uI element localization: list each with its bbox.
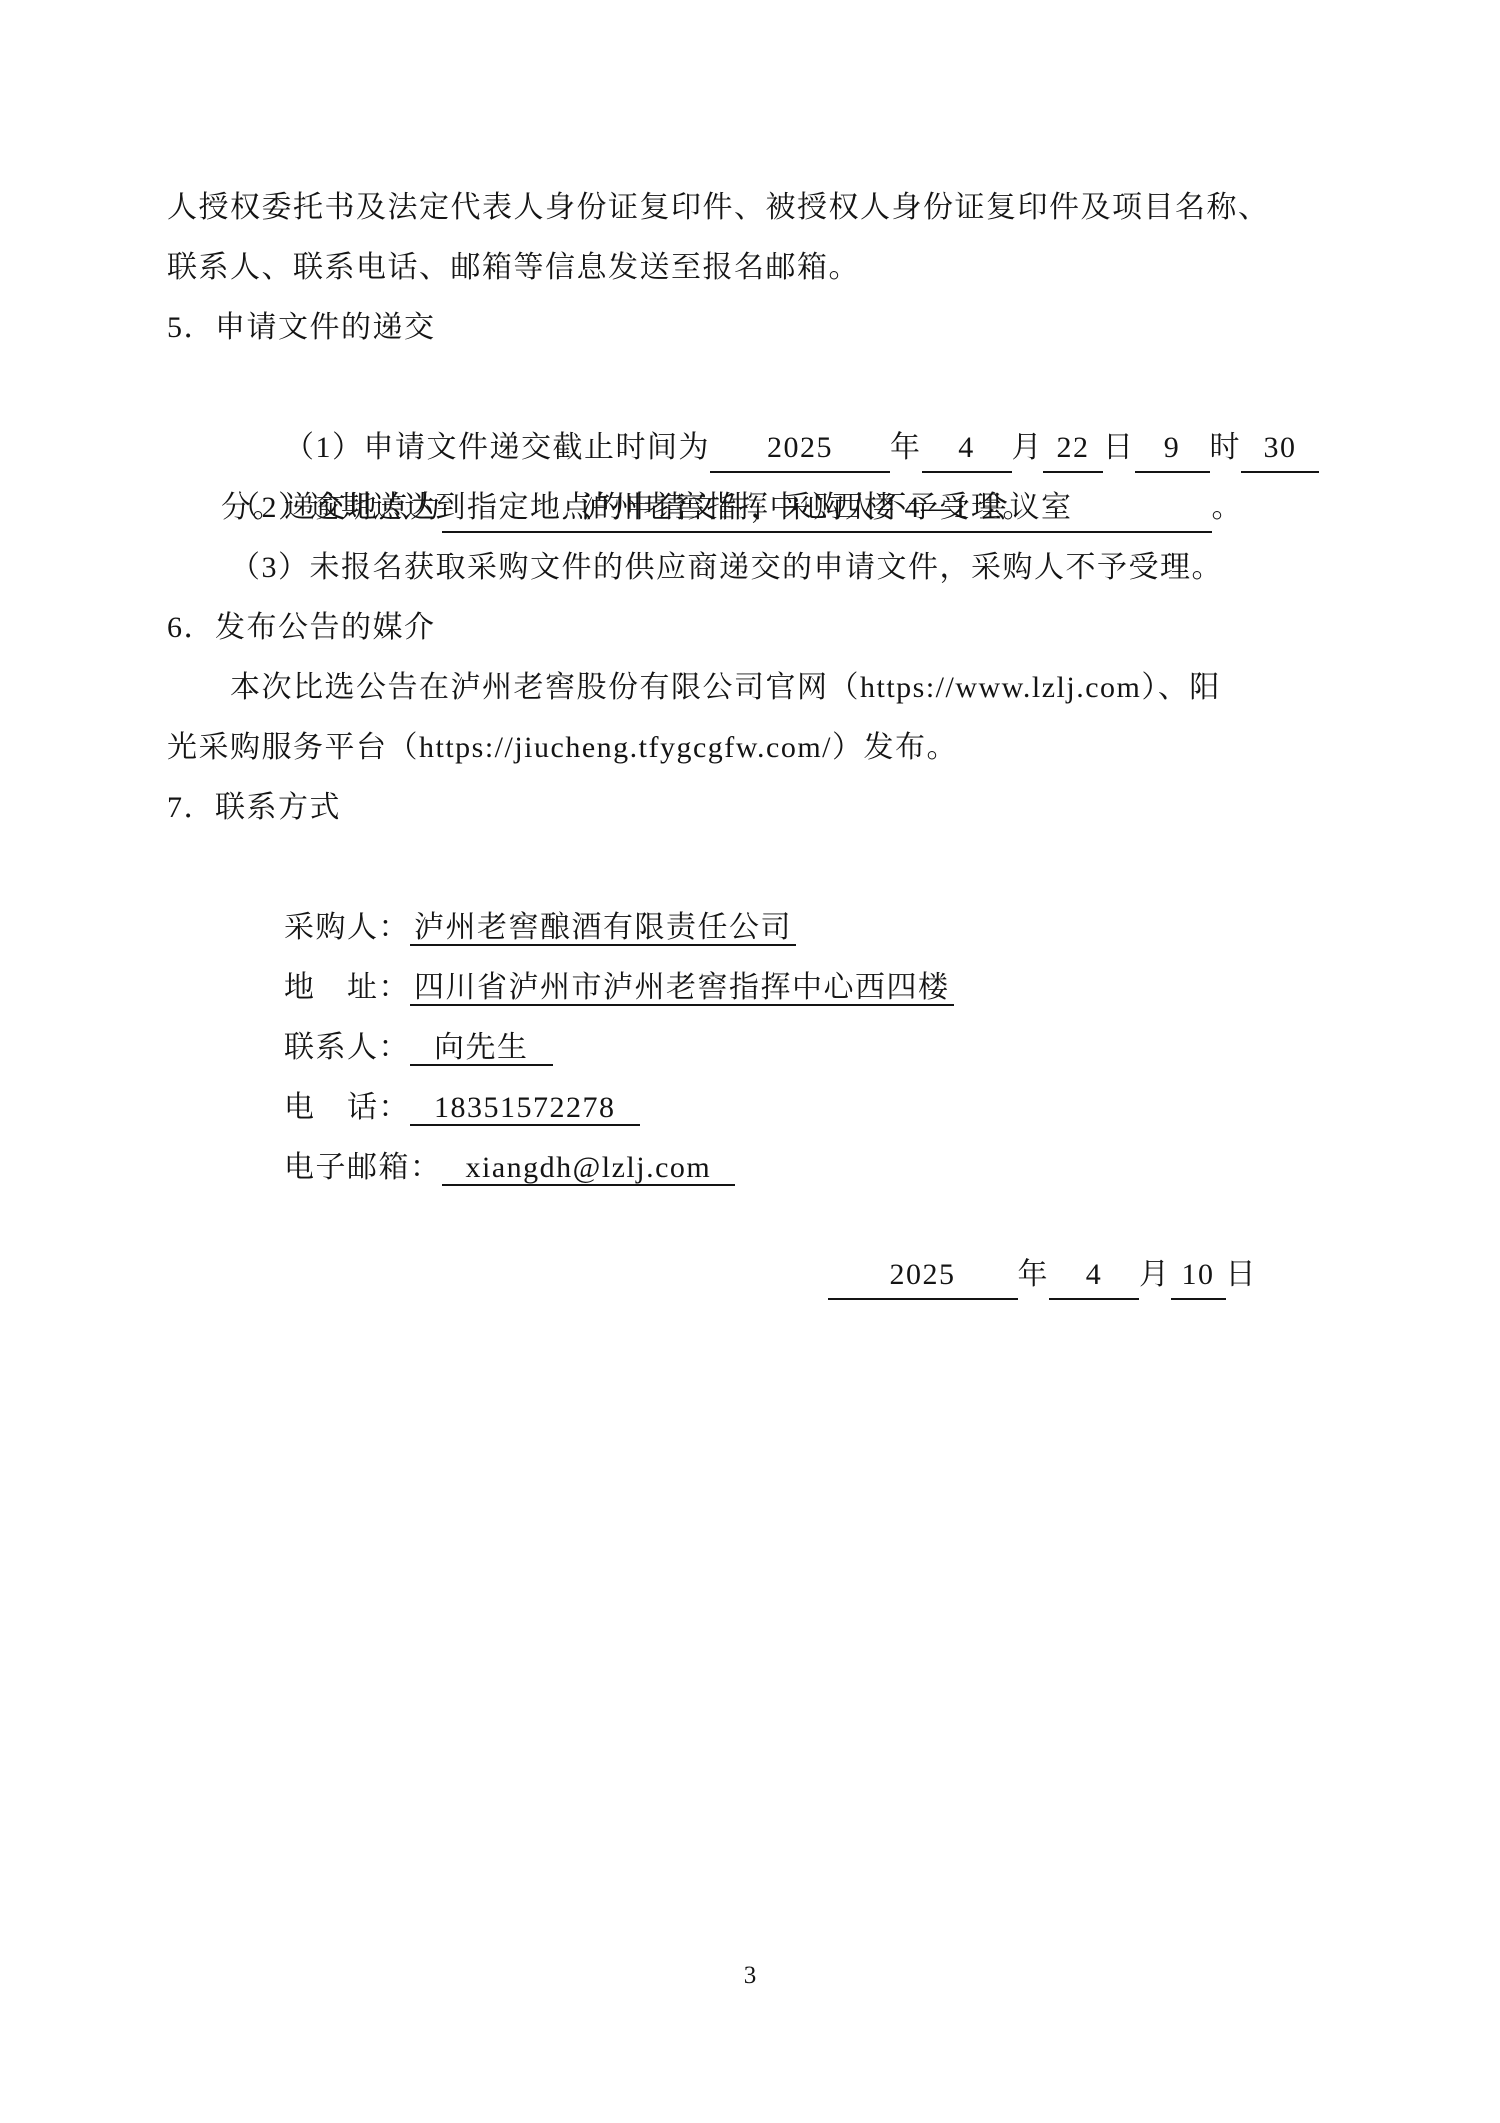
deadline-day-blank: 22	[1043, 425, 1103, 473]
date-day-label: 日	[1226, 1258, 1258, 1291]
date-month-label: 月	[1139, 1258, 1171, 1291]
email-value: xiangdh@lzlj.com	[442, 1151, 736, 1186]
purchaser-value: 泸州老窖酿酒有限责任公司	[410, 911, 796, 946]
contact-person-label: 联系人：	[284, 1031, 410, 1064]
deadline-year-blank: 2025	[710, 425, 890, 473]
deadline-prefix: （1）申请文件递交截止时间为	[284, 431, 710, 464]
section7-title: 7．联系方式	[167, 778, 1342, 838]
deadline-hour-blank: 9	[1135, 425, 1210, 473]
deadline-minute-blank: 30	[1241, 425, 1319, 473]
deadline-hour-label: 时	[1210, 431, 1242, 464]
location-suffix: 。	[1212, 491, 1244, 524]
intro-line-2: 联系人、联系电话、邮箱等信息发送至报名邮箱。	[167, 238, 1342, 298]
page-number: 3	[0, 1962, 1500, 1990]
date-year-label: 年	[1018, 1258, 1050, 1291]
phone-label: 电 话：	[284, 1091, 410, 1124]
contact-person-value: 向先生	[410, 1031, 553, 1066]
section6-body-line1: 本次比选公告在泸州老窖股份有限公司官网（https://www.lzlj.com…	[167, 658, 1342, 718]
date-month-blank: 4	[1049, 1252, 1139, 1300]
section5-item1-line1: （1）申请文件递交截止时间为2025年4月22日9时30	[167, 358, 1342, 418]
purchaser-label: 采购人：	[284, 911, 410, 944]
phone-value: 18351572278	[410, 1091, 640, 1126]
section6-title: 6．发布公告的媒介	[167, 598, 1342, 658]
document-body: 人授权委托书及法定代表人身份证复印件、被授权人身份证复印件及项目名称、 联系人、…	[167, 178, 1342, 1245]
section6-body-line2: 光采购服务平台（https://jiucheng.tfygcgfw.com/）发…	[167, 718, 1342, 778]
section5-title: 5．申请文件的递交	[167, 298, 1342, 358]
address-value: 四川省泸州市泸州老窖指挥中心西四楼	[410, 971, 954, 1006]
purchaser-row: 采购人：泸州老窖酿酒有限责任公司	[167, 838, 1342, 898]
intro-line-1: 人授权委托书及法定代表人身份证复印件、被授权人身份证复印件及项目名称、	[167, 178, 1342, 238]
deadline-month-label: 月	[1012, 431, 1044, 464]
deadline-month-blank: 4	[922, 425, 1012, 473]
deadline-day-label: 日	[1103, 431, 1135, 464]
email-label: 电子邮箱：	[284, 1151, 442, 1184]
date-day-blank: 10	[1171, 1252, 1226, 1300]
section5-item3: （3）未报名获取采购文件的供应商递交的申请文件，采购人不予受理。	[167, 538, 1342, 598]
deadline-year-label: 年	[890, 431, 922, 464]
date-year-blank: 2025	[828, 1252, 1018, 1300]
document-page: 人授权委托书及法定代表人身份证复印件、被授权人身份证复印件及项目名称、 联系人、…	[0, 0, 1500, 2123]
address-label: 地 址：	[284, 971, 410, 1004]
